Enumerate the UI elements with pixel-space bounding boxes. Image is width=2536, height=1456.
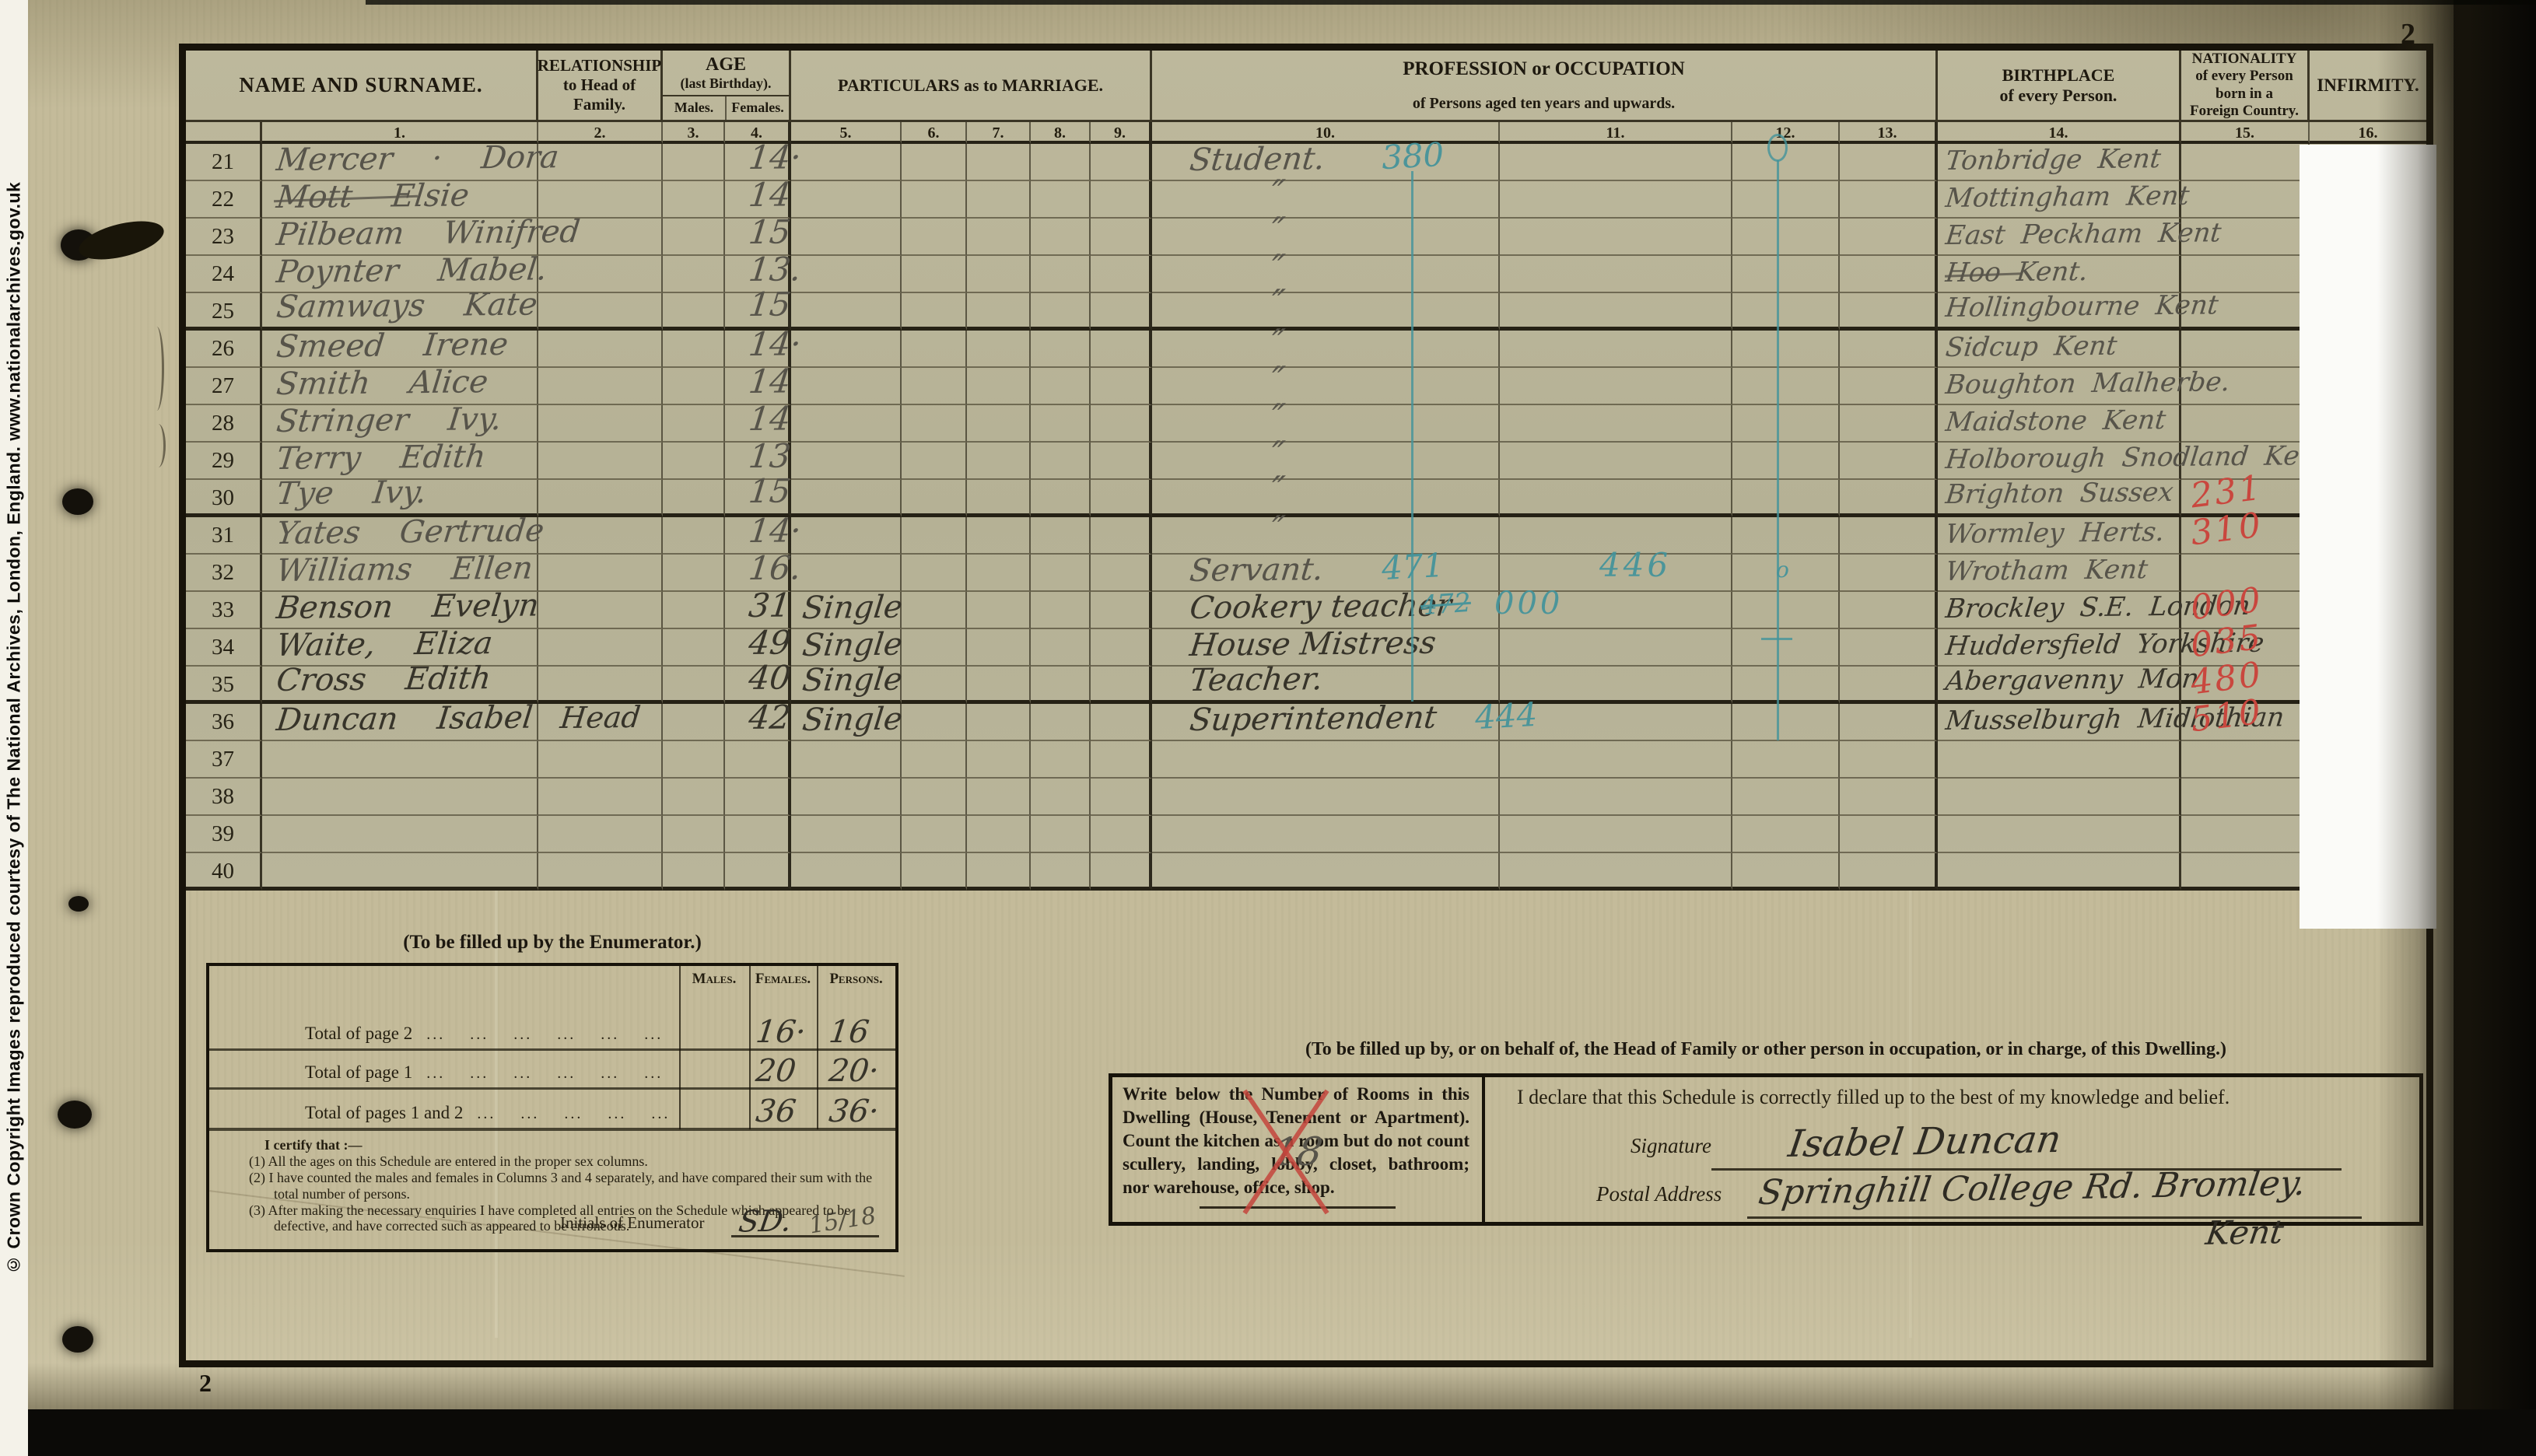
name-entry: Cross Edith xyxy=(275,660,493,698)
header-relationship: RELATIONSHIP to Head of Family. xyxy=(538,51,663,122)
header-name: NAME AND SURNAME. xyxy=(186,51,538,122)
row-22-col-10 xyxy=(1091,181,1152,219)
row-32-col-6 xyxy=(791,555,902,592)
row-22-col-12 xyxy=(1500,181,1732,219)
certify-item: (1) All the ages on this Schedule are en… xyxy=(233,1153,884,1170)
age-entry: 15 xyxy=(747,471,793,510)
row-24-col-16 xyxy=(2181,256,2310,293)
row-31-col-15: Wormley Herts. xyxy=(1938,517,2181,555)
row-37-col-9 xyxy=(1031,741,1091,779)
row-28-col-9 xyxy=(1031,405,1091,443)
row-38-col-12 xyxy=(1500,779,1732,816)
row-number: 36 xyxy=(186,704,260,735)
row-27-col-1: 27 xyxy=(186,368,262,405)
row-23-col-4 xyxy=(663,219,725,256)
row-21-col-4 xyxy=(663,144,725,181)
row-number: 31 xyxy=(186,517,260,548)
row-26-col-16 xyxy=(2181,331,2310,368)
row-33-col-14 xyxy=(1840,592,1938,629)
row-32-col-4 xyxy=(663,555,725,592)
row-28-col-15: Maidstone Kent xyxy=(1938,405,2181,443)
row-21-col-9 xyxy=(1031,144,1091,181)
row-36-col-10 xyxy=(1091,704,1152,741)
total-females: 20 xyxy=(754,1053,798,1089)
hole-punch xyxy=(62,1326,93,1353)
row-24-col-14 xyxy=(1840,256,1938,293)
header-profession-line1: PROFESSION or OCCUPATION xyxy=(1403,58,1685,81)
row-36-col-2: Duncan Isabel xyxy=(262,704,538,741)
row-22-col-7 xyxy=(902,181,967,219)
row-40-col-11 xyxy=(1152,853,1500,891)
birthplace-entry: Wormley Herts. xyxy=(1944,516,2166,550)
row-37-col-4 xyxy=(663,741,725,779)
row-35-col-14 xyxy=(1840,667,1938,704)
row-number: 24 xyxy=(186,256,260,287)
row-38-col-6 xyxy=(791,779,902,816)
row-34-col-9 xyxy=(1031,629,1091,667)
row-29-col-10 xyxy=(1091,443,1152,480)
row-39-col-3 xyxy=(538,816,663,853)
row-21-col-12 xyxy=(1500,144,1732,181)
row-26-col-1: 26 xyxy=(186,331,262,368)
marriage-entry: Single xyxy=(800,702,904,738)
row-39-col-16 xyxy=(2181,816,2310,853)
occupation-entry: Superintendent xyxy=(1188,700,1438,738)
row-26-col-8 xyxy=(967,331,1031,368)
row-29-col-8 xyxy=(967,443,1031,480)
row-26-col-2: Smeed Irene xyxy=(262,331,538,368)
header-females: Females. xyxy=(727,96,789,120)
header-profession: PROFESSION or OCCUPATION of Persons aged… xyxy=(1152,51,1938,122)
column-number: 3. xyxy=(663,122,725,144)
column-number: 7. xyxy=(967,122,1031,144)
row-37-col-5 xyxy=(725,741,791,779)
row-23-col-7 xyxy=(902,219,967,256)
row-37-col-1: 37 xyxy=(186,741,262,779)
row-36-col-7 xyxy=(902,704,967,741)
row-37-col-12 xyxy=(1500,741,1732,779)
postal-address-label: Postal Address xyxy=(1596,1182,1722,1206)
row-28-col-7 xyxy=(902,405,967,443)
row-28-col-10 xyxy=(1091,405,1152,443)
row-25-col-2: Samways Kate xyxy=(262,293,538,331)
row-35-col-3 xyxy=(538,667,663,704)
row-32-col-14 xyxy=(1840,555,1938,592)
row-37-col-13 xyxy=(1732,741,1840,779)
row-38-col-4 xyxy=(663,779,725,816)
row-21-col-1: 21 xyxy=(186,144,262,181)
row-number: 23 xyxy=(186,219,260,250)
hole-punch xyxy=(62,488,93,515)
row-38-col-8 xyxy=(967,779,1031,816)
row-21-col-10 xyxy=(1091,144,1152,181)
row-25-col-11: ″ xyxy=(1152,293,1500,331)
row-26-col-9 xyxy=(1031,331,1091,368)
row-35-col-7 xyxy=(902,667,967,704)
marriage-entry: Single xyxy=(800,590,904,626)
row-31-col-8 xyxy=(967,517,1031,555)
row-39-col-10 xyxy=(1091,816,1152,853)
row-40-col-3 xyxy=(538,853,663,891)
row-33-col-1: 33 xyxy=(186,592,262,629)
hole-punch xyxy=(68,896,89,912)
row-25-col-13 xyxy=(1732,293,1840,331)
row-33-col-6: Single xyxy=(791,592,902,629)
age-entry: 49 xyxy=(747,623,793,662)
row-22-col-1: 22 xyxy=(186,181,262,219)
row-34-col-3 xyxy=(538,629,663,667)
row-38-col-10 xyxy=(1091,779,1152,816)
name-entry: Duncan Isabel xyxy=(275,700,534,738)
row-number: 34 xyxy=(186,629,260,660)
row-24-col-1: 24 xyxy=(186,256,262,293)
row-24-col-12 xyxy=(1500,256,1732,293)
column-number: 11. xyxy=(1500,122,1732,144)
margin-mark xyxy=(149,327,164,411)
total-females: 16· xyxy=(754,1014,807,1050)
row-24-col-10 xyxy=(1091,256,1152,293)
row-31-col-14 xyxy=(1840,517,1938,555)
row-33-col-13 xyxy=(1732,592,1840,629)
row-36-col-6: Single xyxy=(791,704,902,741)
row-22-col-14 xyxy=(1840,181,1938,219)
row-22-col-8 xyxy=(967,181,1031,219)
initials-label: Initials of Enumerator xyxy=(560,1213,704,1233)
row-35-col-1: 35 xyxy=(186,667,262,704)
row-32-col-2: Williams Ellen xyxy=(262,555,538,592)
row-25-col-10 xyxy=(1091,293,1152,331)
row-23-col-6 xyxy=(791,219,902,256)
column-number-blank xyxy=(186,122,262,144)
declaration-title: (To be filled up by, or on behalf of, th… xyxy=(1109,1039,2423,1060)
row-39-col-11 xyxy=(1152,816,1500,853)
row-27-col-6 xyxy=(791,368,902,405)
row-38-col-1: 38 xyxy=(186,779,262,816)
name-entry: Smith Alice xyxy=(275,364,490,402)
row-23-col-15: East Peckham Kent xyxy=(1938,219,2181,256)
row-28-col-3 xyxy=(538,405,663,443)
row-32-col-3 xyxy=(538,555,663,592)
row-30-col-10 xyxy=(1091,480,1152,517)
row-39-col-9 xyxy=(1031,816,1091,853)
row-28-col-4 xyxy=(663,405,725,443)
row-26-col-6 xyxy=(791,331,902,368)
row-26-col-7 xyxy=(902,331,967,368)
row-39-col-6 xyxy=(791,816,902,853)
row-29-col-14 xyxy=(1840,443,1938,480)
total-persons: 36· xyxy=(827,1094,881,1129)
blue-tally-line xyxy=(1777,160,1779,740)
birthplace-entry: Wrotham Kent xyxy=(1944,554,2149,587)
row-31-col-6 xyxy=(791,517,902,555)
row-37-col-16 xyxy=(2181,741,2310,779)
row-31-col-7 xyxy=(902,517,967,555)
row-number: 37 xyxy=(186,741,260,772)
row-39-col-4 xyxy=(663,816,725,853)
row-28-col-8 xyxy=(967,405,1031,443)
row-25-col-7 xyxy=(902,293,967,331)
total-row-label: Total of page 2... ... ... ... ... ... xyxy=(305,1024,663,1044)
row-21-col-15: Tonbridge Kent xyxy=(1938,144,2181,181)
row-30-col-12 xyxy=(1500,480,1732,517)
page-number-bottom: 2 xyxy=(199,1369,212,1398)
row-32-col-1: 32 xyxy=(186,555,262,592)
enumerator-col-persons: Persons. xyxy=(817,971,895,988)
row-31-col-4 xyxy=(663,517,725,555)
row-40-col-10 xyxy=(1091,853,1152,891)
row-40-col-6 xyxy=(791,853,902,891)
name-entry: Benson Evelyn xyxy=(275,587,541,626)
row-35-col-6: Single xyxy=(791,667,902,704)
relationship-entry: Head xyxy=(559,700,643,735)
row-number: 38 xyxy=(186,779,260,810)
row-28-col-16 xyxy=(2181,405,2310,443)
row-27-col-3 xyxy=(538,368,663,405)
birthplace-entry: Hollingbourne Kent xyxy=(1944,289,2220,324)
birthplace-entry: Abergavenny Mon xyxy=(1944,663,2201,697)
row-28-col-2: Stringer Ivy. xyxy=(262,405,538,443)
dot-leaders: ... ... ... ... ... xyxy=(463,1105,670,1122)
row-21-col-6 xyxy=(791,144,902,181)
occupation-entry: Cookery teacher xyxy=(1188,587,1453,626)
certify-intro: I certify that :— xyxy=(233,1137,884,1153)
marriage-entry: Single xyxy=(800,662,904,698)
header-age-title: AGE xyxy=(706,54,746,75)
age-entry: 31 xyxy=(747,586,793,625)
row-36-col-8 xyxy=(967,704,1031,741)
row-22-col-11: ″ xyxy=(1152,181,1500,219)
row-27-col-12 xyxy=(1500,368,1732,405)
row-23-col-12 xyxy=(1500,219,1732,256)
age-entry: 13 xyxy=(747,436,793,475)
birthplace-entry: Sidcup Kent xyxy=(1944,331,2118,363)
age-entry: 15 xyxy=(747,212,793,251)
row-24-col-13 xyxy=(1732,256,1840,293)
column-number: 13. xyxy=(1840,122,1938,144)
row-number: 25 xyxy=(186,293,260,324)
name-entry: Terry Edith xyxy=(275,439,488,477)
header-marriage: PARTICULARS as to MARRIAGE. xyxy=(791,51,1152,122)
row-23-col-13 xyxy=(1732,219,1840,256)
age-entry: 14 xyxy=(747,399,793,438)
birthplace-entry: Maidstone Kent xyxy=(1944,404,2167,438)
occupation-entry: Teacher. xyxy=(1188,661,1325,698)
rooms-underline xyxy=(1200,1206,1396,1209)
row-33-col-4 xyxy=(663,592,725,629)
row-36-col-13 xyxy=(1732,704,1840,741)
total-row-label: Total of page 1... ... ... ... ... ... xyxy=(305,1062,663,1083)
row-32-col-8 xyxy=(967,555,1031,592)
row-35-col-4 xyxy=(663,667,725,704)
row-38-col-14 xyxy=(1840,779,1938,816)
header-profession-line2: of Persons aged ten years and upwards. xyxy=(1403,95,1685,114)
row-34-col-10 xyxy=(1091,629,1152,667)
row-35-col-2: Cross Edith xyxy=(262,667,538,704)
row-21-col-16 xyxy=(2181,144,2310,181)
row-25-col-8 xyxy=(967,293,1031,331)
row-21-col-3 xyxy=(538,144,663,181)
row-29-col-7 xyxy=(902,443,967,480)
row-23-col-10 xyxy=(1091,219,1152,256)
column-number: 14. xyxy=(1938,122,2181,144)
row-34-col-7 xyxy=(902,629,967,667)
row-23-col-14 xyxy=(1840,219,1938,256)
row-30-col-6 xyxy=(791,480,902,517)
row-27-col-13 xyxy=(1732,368,1840,405)
row-37-col-8 xyxy=(967,741,1031,779)
row-25-col-9 xyxy=(1031,293,1091,331)
row-39-col-12 xyxy=(1500,816,1732,853)
row-33-col-9 xyxy=(1031,592,1091,629)
row-25-col-16 xyxy=(2181,293,2310,331)
row-32-col-15: Wrotham Kent xyxy=(1938,555,2181,592)
column-number: 6. xyxy=(902,122,967,144)
row-36-col-14 xyxy=(1840,704,1938,741)
header-age: AGE (last Birthday). Males. Females. xyxy=(663,51,791,122)
census-scan: { "page": { "number_top": "2", "number_b… xyxy=(0,0,2536,1456)
row-29-col-9 xyxy=(1031,443,1091,480)
row-27-col-8 xyxy=(967,368,1031,405)
name-entry: Mercer · Dora xyxy=(275,139,561,178)
row-24-col-9 xyxy=(1031,256,1091,293)
enumerator-grid-line xyxy=(749,963,751,1129)
row-25-col-14 xyxy=(1840,293,1938,331)
occupation-entry: Servant. xyxy=(1188,551,1326,589)
row-39-col-1: 39 xyxy=(186,816,262,853)
row-40-col-2 xyxy=(262,853,538,891)
column-number: 5. xyxy=(791,122,902,144)
row-29-col-6 xyxy=(791,443,902,480)
row-39-col-7 xyxy=(902,816,967,853)
archive-copyright-strip: © Crown Copyright Images reproduced cour… xyxy=(0,0,28,1456)
header-nationality: NATIONALITY of every Person born in a Fo… xyxy=(2181,51,2310,122)
row-33-col-11: Cookery teacher472000 xyxy=(1152,592,1500,629)
row-number: 29 xyxy=(186,443,260,474)
row-35-col-8 xyxy=(967,667,1031,704)
enumerator-col-males: Males. xyxy=(679,971,749,988)
row-31-col-13 xyxy=(1732,517,1840,555)
name-entry: Pilbeam Winifred xyxy=(275,214,582,253)
row-36-col-9 xyxy=(1031,704,1091,741)
row-40-col-15 xyxy=(1938,853,2181,891)
row-31-col-2: Yates Gertrude xyxy=(262,517,538,555)
row-26-col-15: Sidcup Kent xyxy=(1938,331,2181,368)
row-30-col-4 xyxy=(663,480,725,517)
row-36-col-15: Musselburgh Midlothian xyxy=(1938,704,2181,741)
row-36-col-5: 42 xyxy=(725,704,791,741)
total-persons: 20· xyxy=(827,1053,881,1089)
row-29-col-3 xyxy=(538,443,663,480)
row-28-col-1: 28 xyxy=(186,405,262,443)
name-entry: Samways Kate xyxy=(275,286,539,325)
row-35-col-11: Teacher. xyxy=(1152,667,1500,704)
row-number: 21 xyxy=(186,144,260,175)
age-entry: 14 xyxy=(747,362,793,401)
row-33-col-8 xyxy=(967,592,1031,629)
row-31-col-3 xyxy=(538,517,663,555)
row-30-col-11: ″ xyxy=(1152,480,1500,517)
row-number: 26 xyxy=(186,331,260,362)
row-27-col-4 xyxy=(663,368,725,405)
row-27-col-10 xyxy=(1091,368,1152,405)
row-21-col-2: Mercer · Dora xyxy=(262,144,538,181)
row-25-col-4 xyxy=(663,293,725,331)
row-34-col-13 xyxy=(1732,629,1840,667)
row-36-col-11: Superintendent444 xyxy=(1152,704,1500,741)
enumerator-title: (To be filled up by the Enumerator.) xyxy=(206,932,898,954)
row-39-col-13 xyxy=(1732,816,1840,853)
row-40-col-7 xyxy=(902,853,967,891)
row-30-col-7 xyxy=(902,480,967,517)
row-38-col-16 xyxy=(2181,779,2310,816)
occupation-entry: Student. xyxy=(1188,141,1326,178)
row-21-col-7 xyxy=(902,144,967,181)
row-39-col-8 xyxy=(967,816,1031,853)
row-40-col-12 xyxy=(1500,853,1732,891)
row-32-col-11: Servant.471 xyxy=(1152,555,1500,592)
row-34-col-8 xyxy=(967,629,1031,667)
row-28-col-12 xyxy=(1500,405,1732,443)
row-37-col-14 xyxy=(1840,741,1938,779)
signature-label: Signature xyxy=(1631,1134,1711,1158)
total-persons: 16 xyxy=(827,1014,871,1050)
column-number: 15. xyxy=(2181,122,2310,144)
row-35-col-9 xyxy=(1031,667,1091,704)
row-26-col-3 xyxy=(538,331,663,368)
row-40-col-5 xyxy=(725,853,791,891)
row-number: 22 xyxy=(186,181,260,212)
row-22-col-13 xyxy=(1732,181,1840,219)
row-39-col-5 xyxy=(725,816,791,853)
row-29-col-13 xyxy=(1732,443,1840,480)
row-23-col-3 xyxy=(538,219,663,256)
total-row-label: Total of pages 1 and 2... ... ... ... ..… xyxy=(305,1103,670,1123)
row-30-col-3 xyxy=(538,480,663,517)
name-entry: Williams Ellen xyxy=(275,551,534,589)
name-entry: Smeed Irene xyxy=(275,327,510,365)
row-36-col-4 xyxy=(663,704,725,741)
row-29-col-4 xyxy=(663,443,725,480)
enumerator-grid-line xyxy=(817,963,818,1129)
row-37-col-10 xyxy=(1091,741,1152,779)
row-24-col-6 xyxy=(791,256,902,293)
row-32-col-9 xyxy=(1031,555,1091,592)
row-28-col-6 xyxy=(791,405,902,443)
row-21-col-8 xyxy=(967,144,1031,181)
row-39-col-15 xyxy=(1938,816,2181,853)
row-22-col-3 xyxy=(538,181,663,219)
row-21-col-11: Student.380 xyxy=(1152,144,1500,181)
row-34-col-6: Single xyxy=(791,629,902,667)
row-35-col-13 xyxy=(1732,667,1840,704)
blue-code: 446 xyxy=(1599,546,1671,584)
row-23-col-8 xyxy=(967,219,1031,256)
birthplace-entry: Mottingham Kent xyxy=(1944,180,2191,214)
occupation-entry: House Mistress xyxy=(1188,625,1438,663)
row-33-col-2: Benson Evelyn xyxy=(262,592,538,629)
enumerator-initials: SD. xyxy=(737,1203,794,1238)
row-29-col-12 xyxy=(1500,443,1732,480)
row-26-col-10 xyxy=(1091,331,1152,368)
row-26-col-14 xyxy=(1840,331,1938,368)
row-number: 32 xyxy=(186,555,260,586)
row-28-col-11: ″ xyxy=(1152,405,1500,443)
row-38-col-11 xyxy=(1152,779,1500,816)
dot-leaders: ... ... ... ... ... ... xyxy=(412,1065,663,1082)
row-36-col-12 xyxy=(1500,704,1732,741)
row-27-col-11: ″ xyxy=(1152,368,1500,405)
row-34-col-11: House Mistress xyxy=(1152,629,1500,667)
